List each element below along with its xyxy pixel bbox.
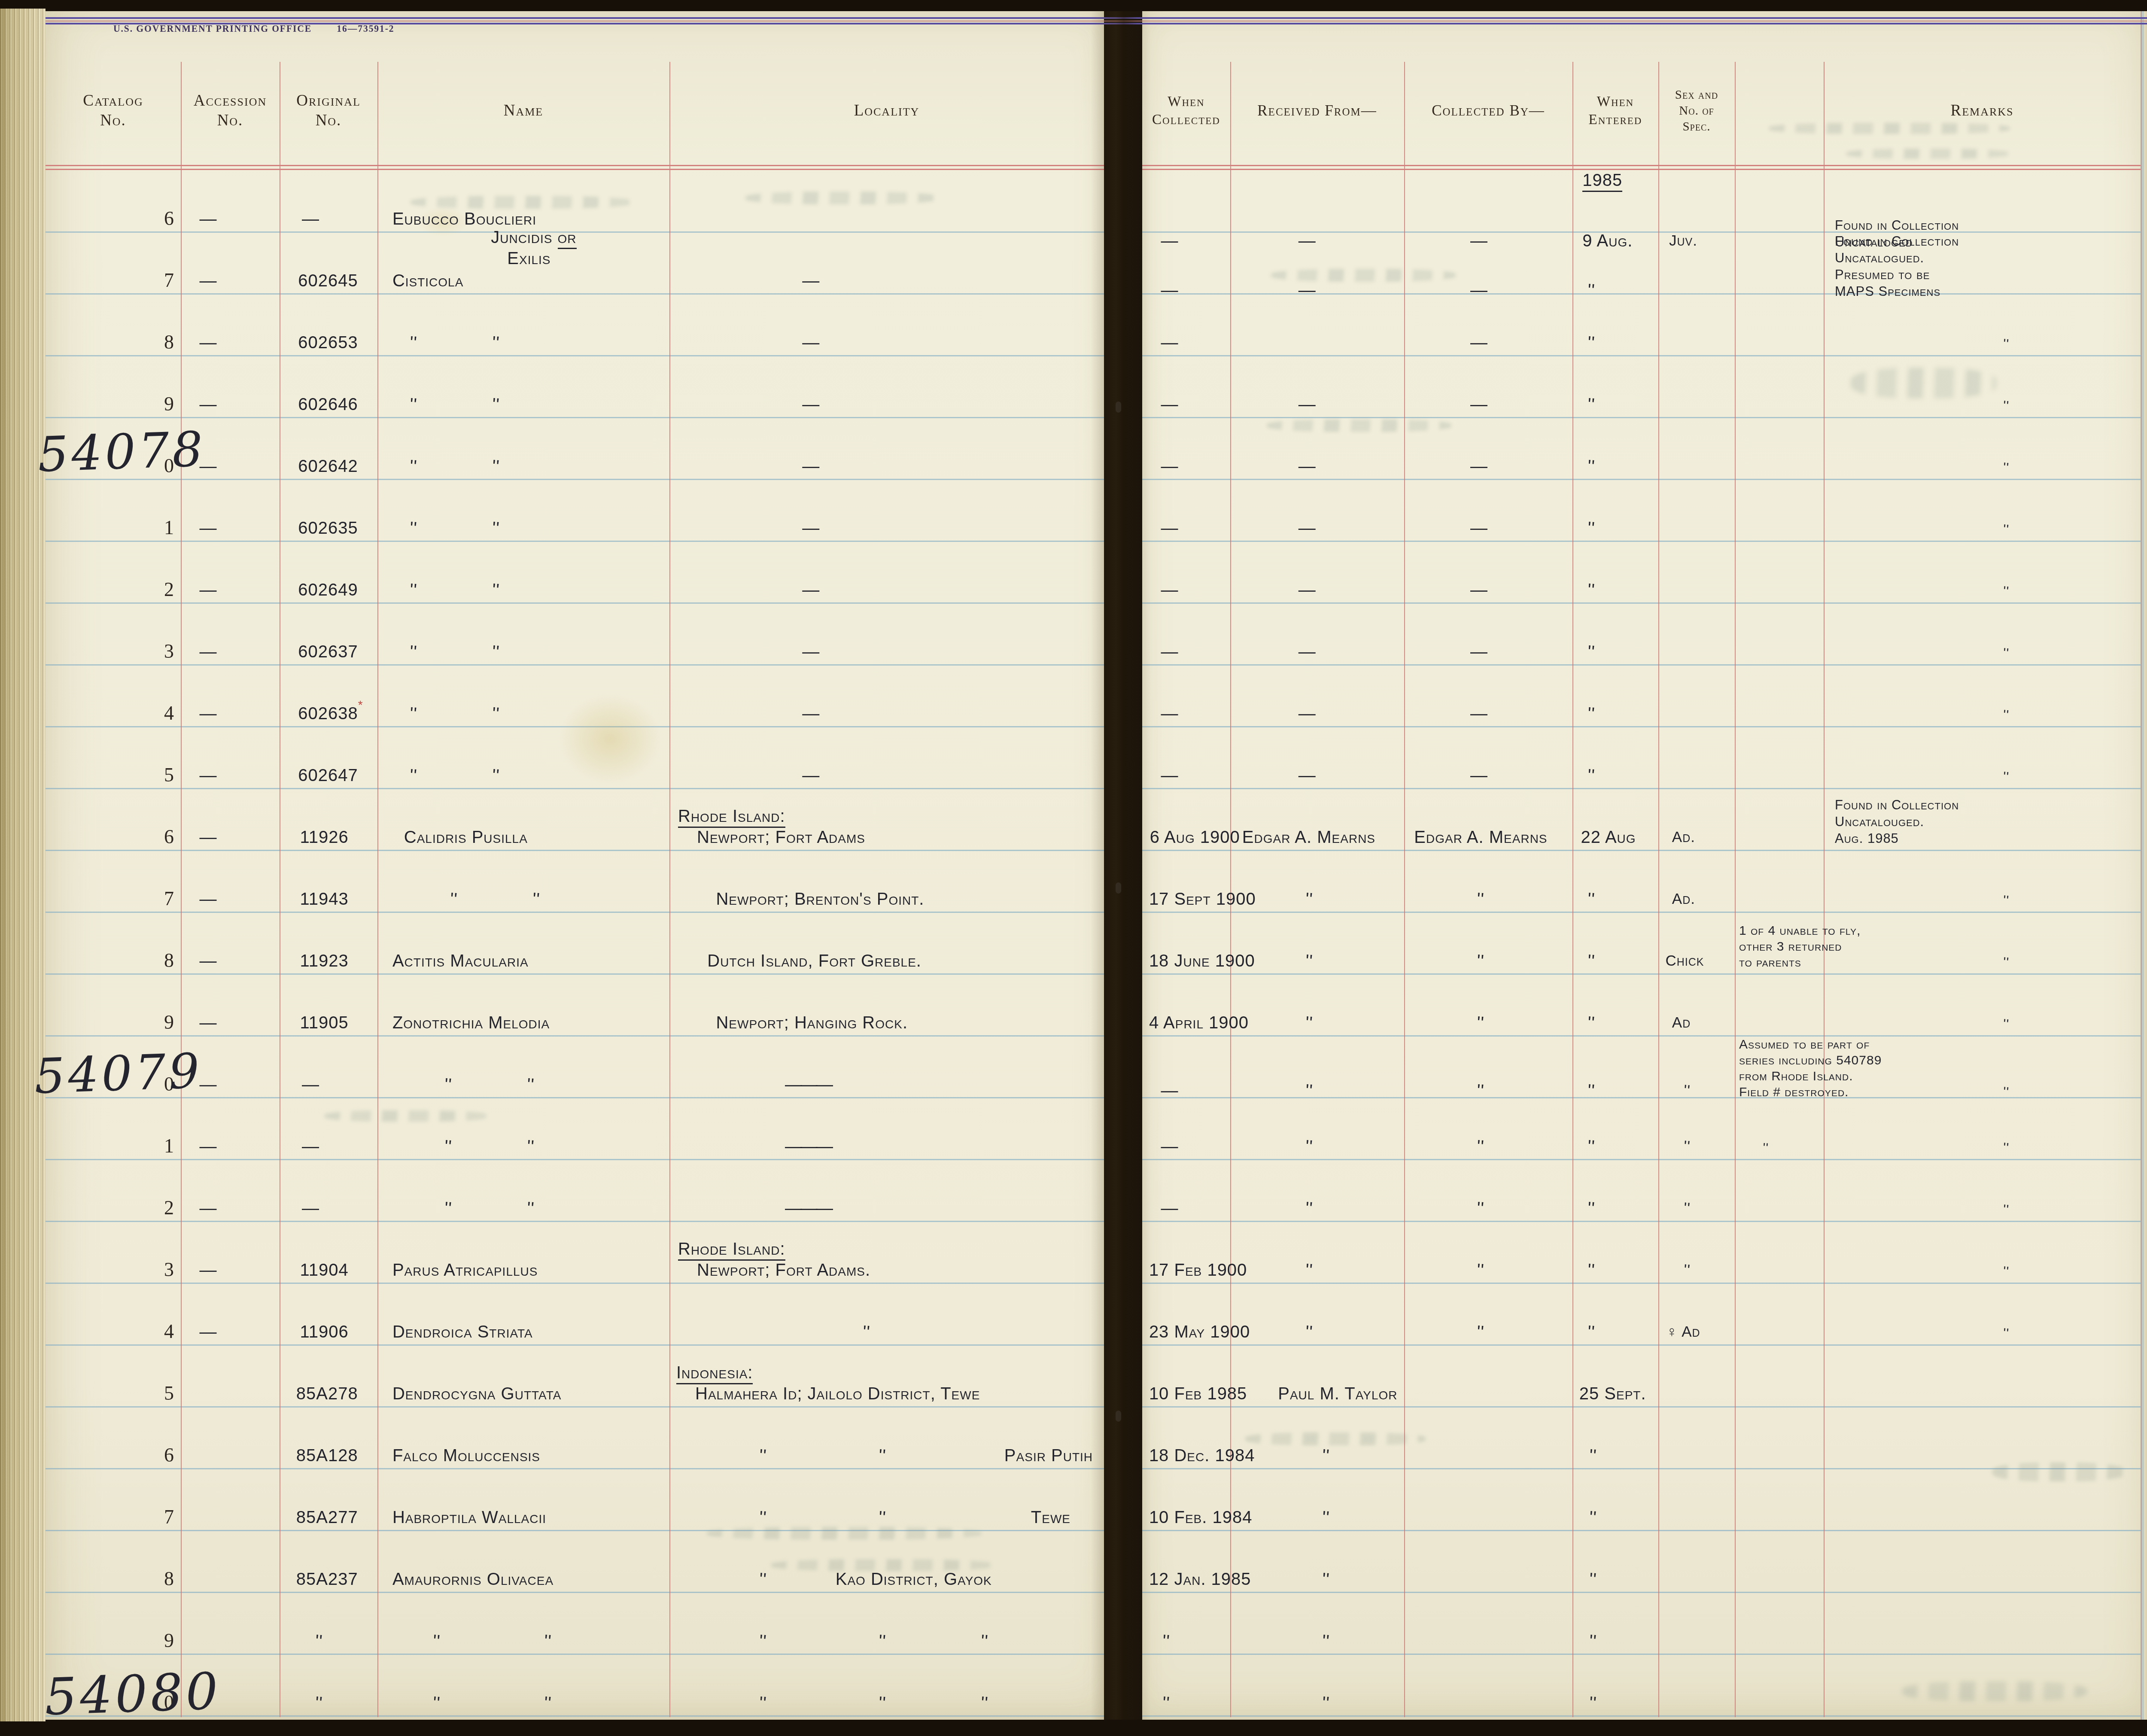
handwritten-text: '' xyxy=(409,766,418,785)
handwritten-text: '' xyxy=(1476,889,1485,909)
handwritten-text: '' xyxy=(2002,891,2010,909)
handwritten-text: — xyxy=(802,581,820,599)
column-header-sex: Sex andNo. ofSpec. xyxy=(1658,59,1735,162)
cell-wc: — xyxy=(1142,356,1230,418)
handwritten-text: '' xyxy=(2002,768,2010,785)
cell-rem xyxy=(1824,1655,2141,1717)
handwritten-text: — xyxy=(1470,766,1488,785)
cell-we: '' xyxy=(1572,1593,1658,1655)
ledger-row: 4 April 1900''''''Ad'' xyxy=(1142,975,2147,1037)
handwritten-text: 85A277 xyxy=(296,1508,358,1527)
left-page: U.S. GOVERNMENT PRINTING OFFICE 16—73591… xyxy=(46,11,1104,1720)
cell-sex xyxy=(1658,233,1735,304)
handwritten-text: to parents xyxy=(1739,955,1801,970)
handwritten-text: '' xyxy=(2002,520,2010,538)
column-header-rf: Received From— xyxy=(1230,59,1404,162)
cell-digit: 6 xyxy=(46,1408,181,1469)
cell-sex: '' xyxy=(1658,1098,1735,1160)
cell-loc: — xyxy=(669,604,1104,666)
handwritten-text: '' xyxy=(878,1508,887,1527)
handwritten-text: — xyxy=(1470,333,1488,352)
cell-sex xyxy=(1658,356,1735,418)
cell-rem: '' xyxy=(1824,480,2141,542)
cell-loc: Indonesia:Halmahera Id; Jailolo District… xyxy=(669,1346,1104,1408)
ledger-row: 18 June 1900''''''Chick1 of 4 unable to … xyxy=(1142,913,2147,975)
handwritten-text: 85A278 xyxy=(296,1384,358,1403)
cell-sex xyxy=(1658,1469,1735,1531)
handwritten-text: '' xyxy=(2002,644,2010,661)
ledger-row: ——'''' xyxy=(1142,295,2147,356)
cell-orig: — xyxy=(280,171,377,233)
cell-notes: 1 of 4 unable to fly,other 3 returnedto … xyxy=(1735,913,1824,975)
ledger-row: —'''''''''' xyxy=(1142,1160,2147,1222)
cell-sex: Ad. xyxy=(1658,789,1735,851)
handwritten-text: Amaurornis Olivacea xyxy=(392,1570,553,1589)
handwritten-text: — xyxy=(802,766,820,785)
cell-rf: '' xyxy=(1230,1098,1404,1160)
handwritten-text: '' xyxy=(1322,1569,1331,1589)
handwritten-block: Indonesia:Halmahera Id; Jailolo District… xyxy=(676,1363,980,1403)
header-label: No. xyxy=(100,112,126,130)
cell-rf: '' xyxy=(1230,1593,1404,1655)
cell-we: '' xyxy=(1572,233,1658,304)
handwritten-text: '' xyxy=(2002,1083,2010,1100)
cell-digit: 4 xyxy=(46,1284,181,1346)
cell-we: '' xyxy=(1572,1469,1658,1531)
cell-name: Amaurornis Olivacea xyxy=(377,1531,669,1593)
handwritten-text: Halmahera Id; Jailolo District, Tewe xyxy=(695,1384,980,1403)
cell-name: Calidris Pusilla xyxy=(377,789,669,851)
handwritten-text: '' xyxy=(2002,953,2010,970)
cell-notes xyxy=(1735,789,1824,851)
cell-cb: '' xyxy=(1404,1037,1572,1104)
cell-name: '''' xyxy=(377,1098,669,1160)
cell-rf: '' xyxy=(1230,1222,1404,1284)
cell-rem: '' xyxy=(1824,542,2141,604)
cell-rem: '' xyxy=(1824,1222,2141,1284)
handwritten-text: '' xyxy=(2002,397,2010,414)
handwritten-text: 11926 xyxy=(300,828,349,847)
handwritten-text: Kao District, Gayok xyxy=(836,1570,992,1589)
row-digit: 6 xyxy=(164,1445,174,1465)
header-label: No. xyxy=(316,112,342,130)
cell-cb xyxy=(1404,1408,1572,1469)
handwritten-text: '' xyxy=(491,580,500,599)
handwritten-text: — xyxy=(200,1323,217,1341)
column-header-rem: Remarks xyxy=(1824,59,2141,162)
cell-notes xyxy=(1735,418,1824,480)
cell-wc: — xyxy=(1142,1098,1230,1160)
handwritten-text: Tewe xyxy=(1031,1508,1070,1527)
cell-cb xyxy=(1404,1593,1572,1655)
cell-digit: 1 xyxy=(46,480,181,542)
cell-we: '' xyxy=(1572,975,1658,1037)
handwritten-text: * xyxy=(358,696,363,714)
handwritten-line: Exilis xyxy=(491,249,550,268)
cell-rem xyxy=(1824,1469,2141,1531)
cell-sex xyxy=(1658,727,1735,789)
cell-loc: Newport; Brenton's Point. xyxy=(669,851,1104,913)
handwritten-text: '' xyxy=(1476,951,1485,970)
cell-wc: 18 June 1900 xyxy=(1142,913,1230,975)
cell-orig: 11926 xyxy=(280,789,377,851)
handwritten-text: 602646 xyxy=(298,395,358,414)
handwritten-text: Dutch Island, Fort Greble. xyxy=(707,952,921,970)
handwritten-line: Uncatalogued. xyxy=(1835,249,1924,266)
handwritten-text: '' xyxy=(1587,333,1596,352)
cell-rf: — xyxy=(1230,418,1404,480)
cell-acc: — xyxy=(181,851,280,913)
handwritten-text: '' xyxy=(2002,1015,2010,1032)
cell-name: '''' xyxy=(377,542,669,604)
cell-notes xyxy=(1735,975,1824,1037)
handwritten-line: Juncidis or xyxy=(491,228,576,249)
handwritten-text: '' xyxy=(980,1631,989,1651)
handwritten-text: '' xyxy=(532,889,541,909)
handwritten-line: Found in Collection xyxy=(1835,797,1959,813)
cell-notes xyxy=(1735,542,1824,604)
cell-rf: — xyxy=(1230,604,1404,666)
cell-orig: '' xyxy=(280,1655,377,1717)
binding-stitch xyxy=(1116,1411,1121,1422)
handwritten-text: — xyxy=(1470,519,1488,538)
handwritten-text: ♀ Ad xyxy=(1666,1323,1700,1341)
cell-acc: — xyxy=(181,913,280,975)
cell-acc: — xyxy=(181,233,280,295)
cell-digit: 3 xyxy=(46,1222,181,1284)
cell-loc xyxy=(669,171,1104,233)
header-label: Received From— xyxy=(1257,102,1377,120)
cell-name: '''' xyxy=(377,295,669,356)
handwritten-line: Found in Collection xyxy=(1835,233,1959,249)
cell-loc: — xyxy=(669,233,1104,295)
handwritten-text: Habroptila Wallacii xyxy=(392,1508,546,1527)
cell-loc: '''''' xyxy=(669,1593,1104,1655)
handwritten-text: '' xyxy=(1683,1137,1691,1156)
cell-cb: '' xyxy=(1404,913,1572,975)
cell-we: '' xyxy=(1572,666,1658,727)
cell-wc: — xyxy=(1142,295,1230,356)
handwritten-text: '' xyxy=(526,1137,535,1156)
handwritten-text: — xyxy=(1161,581,1178,599)
handwritten-text: ——— xyxy=(785,1137,831,1156)
ledger-book-scan: U.S. GOVERNMENT PRINTING OFFICE 16—73591… xyxy=(0,0,2147,1736)
handwritten-text: Indonesia: xyxy=(676,1363,753,1384)
handwritten-text: Exilis xyxy=(507,249,550,268)
handwritten-text: — xyxy=(302,210,319,228)
cell-wc: 4 April 1900 xyxy=(1142,975,1230,1037)
cell-orig: 11943 xyxy=(280,851,377,913)
cell-digit: 5 xyxy=(46,1346,181,1408)
cell-rf xyxy=(1230,295,1404,356)
cell-cb: — xyxy=(1404,356,1572,418)
handwritten-text: '' xyxy=(1322,1631,1331,1651)
handwritten-text: — xyxy=(1470,581,1488,599)
handwritten-text: — xyxy=(1299,395,1316,414)
handwritten-text: — xyxy=(200,395,217,414)
column-header-notes xyxy=(1735,59,1824,162)
ledger-row: 0——''''——— xyxy=(46,1037,1104,1098)
handwritten-text: '' xyxy=(1588,1446,1597,1465)
handwritten-text: Found in Collection xyxy=(1835,797,1959,813)
ledger-row: '''''' xyxy=(1142,1593,2147,1655)
handwritten-line: Rhode Island: xyxy=(678,1240,785,1261)
handwritten-text: — xyxy=(802,457,820,476)
row-digit: 8 xyxy=(164,332,174,352)
cell-acc: — xyxy=(181,1222,280,1284)
cell-loc: ''Kao District, Gayok xyxy=(669,1531,1104,1593)
handwritten-text: — xyxy=(1299,457,1316,476)
cell-name: '''' xyxy=(377,727,669,789)
ledger-row: 3—11904Parus AtricapillusRhode Island:Ne… xyxy=(46,1222,1104,1284)
cell-cb: '' xyxy=(1404,1098,1572,1160)
cell-rf: Paul M. Taylor xyxy=(1230,1346,1404,1408)
handwritten-text: — xyxy=(1470,704,1488,723)
handwritten-text: '' xyxy=(2002,1201,2010,1218)
cell-we: '' xyxy=(1572,356,1658,418)
handwritten-text: '' xyxy=(409,642,418,661)
ledger-row: 1—602635''''— xyxy=(46,480,1104,542)
ledger-row: ———'''' xyxy=(1142,604,2147,666)
column-header-wc: WhenCollected xyxy=(1142,59,1230,162)
ledger-row: 6 Aug 1900Edgar A. MearnsEdgar A. Mearns… xyxy=(1142,789,2147,851)
cell-name: Parus Atricapillus xyxy=(377,1222,669,1284)
cell-orig: 11906 xyxy=(280,1284,377,1346)
cell-wc: 18 Dec. 1984 xyxy=(1142,1408,1230,1469)
handwritten-text: 11904 xyxy=(300,1261,349,1280)
header-label: When xyxy=(1597,94,1634,110)
ledger-row: 6—11926Calidris PusillaRhode Island:Newp… xyxy=(46,789,1104,851)
handwritten-text: '' xyxy=(1322,1508,1331,1527)
handwritten-text: '' xyxy=(1587,1081,1596,1100)
handwritten-text: '' xyxy=(1476,1013,1485,1032)
cell-orig: 11905 xyxy=(280,975,377,1037)
cell-digit: 8 xyxy=(46,295,181,356)
cell-name: '''' xyxy=(377,851,669,913)
handwritten-text: Eubucco Bouclieri xyxy=(392,210,536,228)
row-digit: 2 xyxy=(164,1198,174,1218)
handwritten-text: '' xyxy=(878,1631,887,1651)
handwritten-text: ——— xyxy=(785,1075,831,1094)
row-digit: 7 xyxy=(164,889,174,909)
column-header-orig: OriginalNo. xyxy=(280,59,377,162)
catalog-number-54079: 54079 xyxy=(33,1043,204,1105)
cell-name: '''' xyxy=(377,604,669,666)
cell-name: '''' xyxy=(377,480,669,542)
cell-orig: 602645 xyxy=(280,233,377,295)
ledger-row: 685A128Falco Moluccensis''''Pasir Putih xyxy=(46,1408,1104,1469)
cell-wc: — xyxy=(1142,666,1230,727)
row-digit: 1 xyxy=(164,518,174,538)
cell-wc: '' xyxy=(1142,1655,1230,1717)
cell-loc: — xyxy=(669,356,1104,418)
ledger-row: 7—11943''''Newport; Brenton's Point. xyxy=(46,851,1104,913)
handwritten-text: Found in Collection xyxy=(1835,233,1959,249)
ledger-row: ———''Found in CollectionUncatalogued.Pre… xyxy=(1142,233,2147,295)
cell-sex: Chick xyxy=(1658,913,1735,975)
cell-rf: '' xyxy=(1230,1531,1404,1593)
cell-orig: '' xyxy=(280,1593,377,1655)
handwritten-text: Dendroica Striata xyxy=(392,1323,533,1341)
handwritten-text: '' xyxy=(2002,335,2010,352)
cell-acc: — xyxy=(181,727,280,789)
cell-sex: '' xyxy=(1658,1037,1735,1104)
cell-rem: '' xyxy=(1824,1037,2141,1104)
cell-sex xyxy=(1658,418,1735,480)
handwritten-text: '' xyxy=(432,1631,441,1651)
handwritten-text: '' xyxy=(1305,889,1314,909)
handwritten-text: — xyxy=(302,1199,319,1218)
handwritten-text: '' xyxy=(409,395,418,414)
handwritten-text: '' xyxy=(1476,1137,1485,1156)
row-digit: 2 xyxy=(164,580,174,599)
handwritten-text: — xyxy=(802,271,820,290)
cell-we: '' xyxy=(1572,418,1658,480)
handwritten-block: Found in CollectionUncatalogued.Presumed… xyxy=(1835,233,1959,300)
cell-we: '' xyxy=(1572,1408,1658,1469)
cell-cb xyxy=(1404,1655,1572,1717)
handwritten-text: 85A128 xyxy=(296,1446,358,1465)
handwritten-text: Dendrocygna Guttata xyxy=(392,1384,561,1403)
row-digit: 7 xyxy=(164,271,174,290)
cell-rem: '' xyxy=(1824,418,2141,480)
header-label: Entered xyxy=(1589,112,1642,128)
handwritten-text: — xyxy=(1470,457,1488,476)
cell-name: '''' xyxy=(377,1160,669,1222)
handwritten-block: Found in CollectionUncatalouged.Aug. 198… xyxy=(1835,797,1959,847)
handwritten-text: — xyxy=(200,1261,217,1280)
cell-loc: ——— xyxy=(669,1037,1104,1098)
handwritten-text: 602637 xyxy=(298,642,358,661)
cell-rf: '' xyxy=(1230,1160,1404,1222)
handwritten-text: 6 Aug 1900 xyxy=(1150,828,1240,847)
cell-digit: 9 xyxy=(46,356,181,418)
ledger-row: 7—602645CisticolaJuncidis orExilis— xyxy=(46,233,1104,295)
handwritten-text: '' xyxy=(1588,1569,1597,1589)
cell-wc: — xyxy=(1142,542,1230,604)
handwritten-text: '' xyxy=(1683,1198,1691,1218)
handwritten-text: Zonotrichia Melodia xyxy=(392,1013,550,1032)
cell-notes: '' xyxy=(1735,1098,1824,1160)
handwritten-text: '' xyxy=(1587,766,1596,785)
cell-sex xyxy=(1658,480,1735,542)
handwritten-text: — xyxy=(1161,1081,1178,1100)
cell-we: '' xyxy=(1572,1284,1658,1346)
handwritten-text: — xyxy=(802,333,820,352)
cell-notes xyxy=(1735,666,1824,727)
handwritten-text: — xyxy=(1161,642,1178,661)
cell-orig: 602653 xyxy=(280,295,377,356)
cell-cb: '' xyxy=(1404,851,1572,913)
cell-sex xyxy=(1658,604,1735,666)
right-page-rows: ———19859 Aug.Juv.Found in CollectionUnca… xyxy=(1142,171,2147,1717)
cell-loc: ''''Pasir Putih xyxy=(669,1408,1104,1469)
handwritten-text: '' xyxy=(526,1198,535,1218)
cell-sex xyxy=(1658,1408,1735,1469)
handwritten-text: — xyxy=(1470,395,1488,414)
cell-orig: 602649 xyxy=(280,542,377,604)
handwritten-text: '' xyxy=(1587,1198,1596,1218)
header-label: Sex and xyxy=(1675,88,1718,102)
handwritten-text: — xyxy=(200,1137,217,1156)
column-header-cb: Collected By— xyxy=(1404,59,1572,162)
cell-wc: 6 Aug 1900 xyxy=(1142,789,1230,851)
handwritten-line: Indonesia: xyxy=(676,1363,753,1384)
handwritten-text: Chick xyxy=(1666,952,1704,970)
handwritten-text: '' xyxy=(1587,1137,1596,1156)
handwritten-text: '' xyxy=(1587,642,1596,661)
header-rule xyxy=(46,165,1104,171)
cell-acc: — xyxy=(181,1160,280,1222)
handwritten-text: Found in Collection xyxy=(1835,217,1959,234)
handwritten-text: — xyxy=(1299,519,1316,538)
ledger-row: 8—602653''''— xyxy=(46,295,1104,356)
cell-name: Falco Moluccensis xyxy=(377,1408,669,1469)
cell-orig: 85A237 xyxy=(280,1531,377,1593)
handwritten-text: '' xyxy=(1476,1322,1485,1341)
header-label: When xyxy=(1168,94,1204,110)
handwritten-text: '' xyxy=(1588,1631,1597,1651)
cell-wc: 17 Feb 1900 xyxy=(1142,1222,1230,1284)
handwritten-text: '' xyxy=(1587,951,1596,970)
cell-name: '''' xyxy=(377,356,669,418)
cell-rf: '' xyxy=(1230,913,1404,975)
cell-wc: '' xyxy=(1142,1593,1230,1655)
ledger-row: 585A278Dendrocygna GuttataIndonesia:Halm… xyxy=(46,1346,1104,1408)
cell-we: '' xyxy=(1572,295,1658,356)
handwritten-text: '' xyxy=(444,1198,453,1218)
handwritten-text: '' xyxy=(1305,1198,1314,1218)
cell-we: '' xyxy=(1572,727,1658,789)
handwritten-text: '' xyxy=(1683,1081,1691,1100)
handwritten-text: 25 Sept. xyxy=(1579,1384,1646,1403)
ledger-row: 4—602638*''''— xyxy=(46,666,1104,727)
cell-notes xyxy=(1735,1346,1824,1408)
cell-acc: — xyxy=(181,1284,280,1346)
cell-rf: — xyxy=(1230,666,1404,727)
handwritten-text: — xyxy=(302,1137,319,1156)
cell-sex xyxy=(1658,542,1735,604)
cell-we: '' xyxy=(1572,1531,1658,1593)
handwritten-text: Uncatalogued. xyxy=(1835,249,1924,266)
cell-we: '' xyxy=(1572,1098,1658,1160)
handwritten-text: — xyxy=(1161,519,1178,538)
cell-sex: Ad xyxy=(1658,975,1735,1037)
handwritten-text: '' xyxy=(1587,1013,1596,1032)
cell-cb: — xyxy=(1404,604,1572,666)
handwritten-text: '' xyxy=(314,1631,323,1651)
cell-rf: '' xyxy=(1230,1037,1404,1104)
handwritten-text: '' xyxy=(1305,1322,1314,1341)
ledger-row: 2—602649''''— xyxy=(46,542,1104,604)
handwritten-text: — xyxy=(1299,642,1316,661)
handwritten-line: Halmahera Id; Jailolo District, Tewe xyxy=(676,1384,980,1403)
handwritten-text: '' xyxy=(1476,1081,1485,1100)
handwritten-text: '' xyxy=(432,1693,441,1712)
ledger-row: 18 Dec. 1984'''' xyxy=(1142,1408,2147,1469)
handwritten-text: '' xyxy=(543,1631,552,1651)
cell-loc: — xyxy=(669,295,1104,356)
cell-orig: — xyxy=(280,1160,377,1222)
ledger-row: —''''''''Assumed to be part ofseries inc… xyxy=(1142,1037,2147,1098)
header-label: Locality xyxy=(854,102,920,120)
cell-notes xyxy=(1735,1222,1824,1284)
handwritten-text: '' xyxy=(2002,1324,2010,1341)
handwritten-text: Edgar A. Mearns xyxy=(1242,828,1375,847)
handwritten-text: — xyxy=(1299,704,1316,723)
handwritten-text: Cisticola xyxy=(392,271,463,290)
handwritten-text: '' xyxy=(491,518,500,538)
